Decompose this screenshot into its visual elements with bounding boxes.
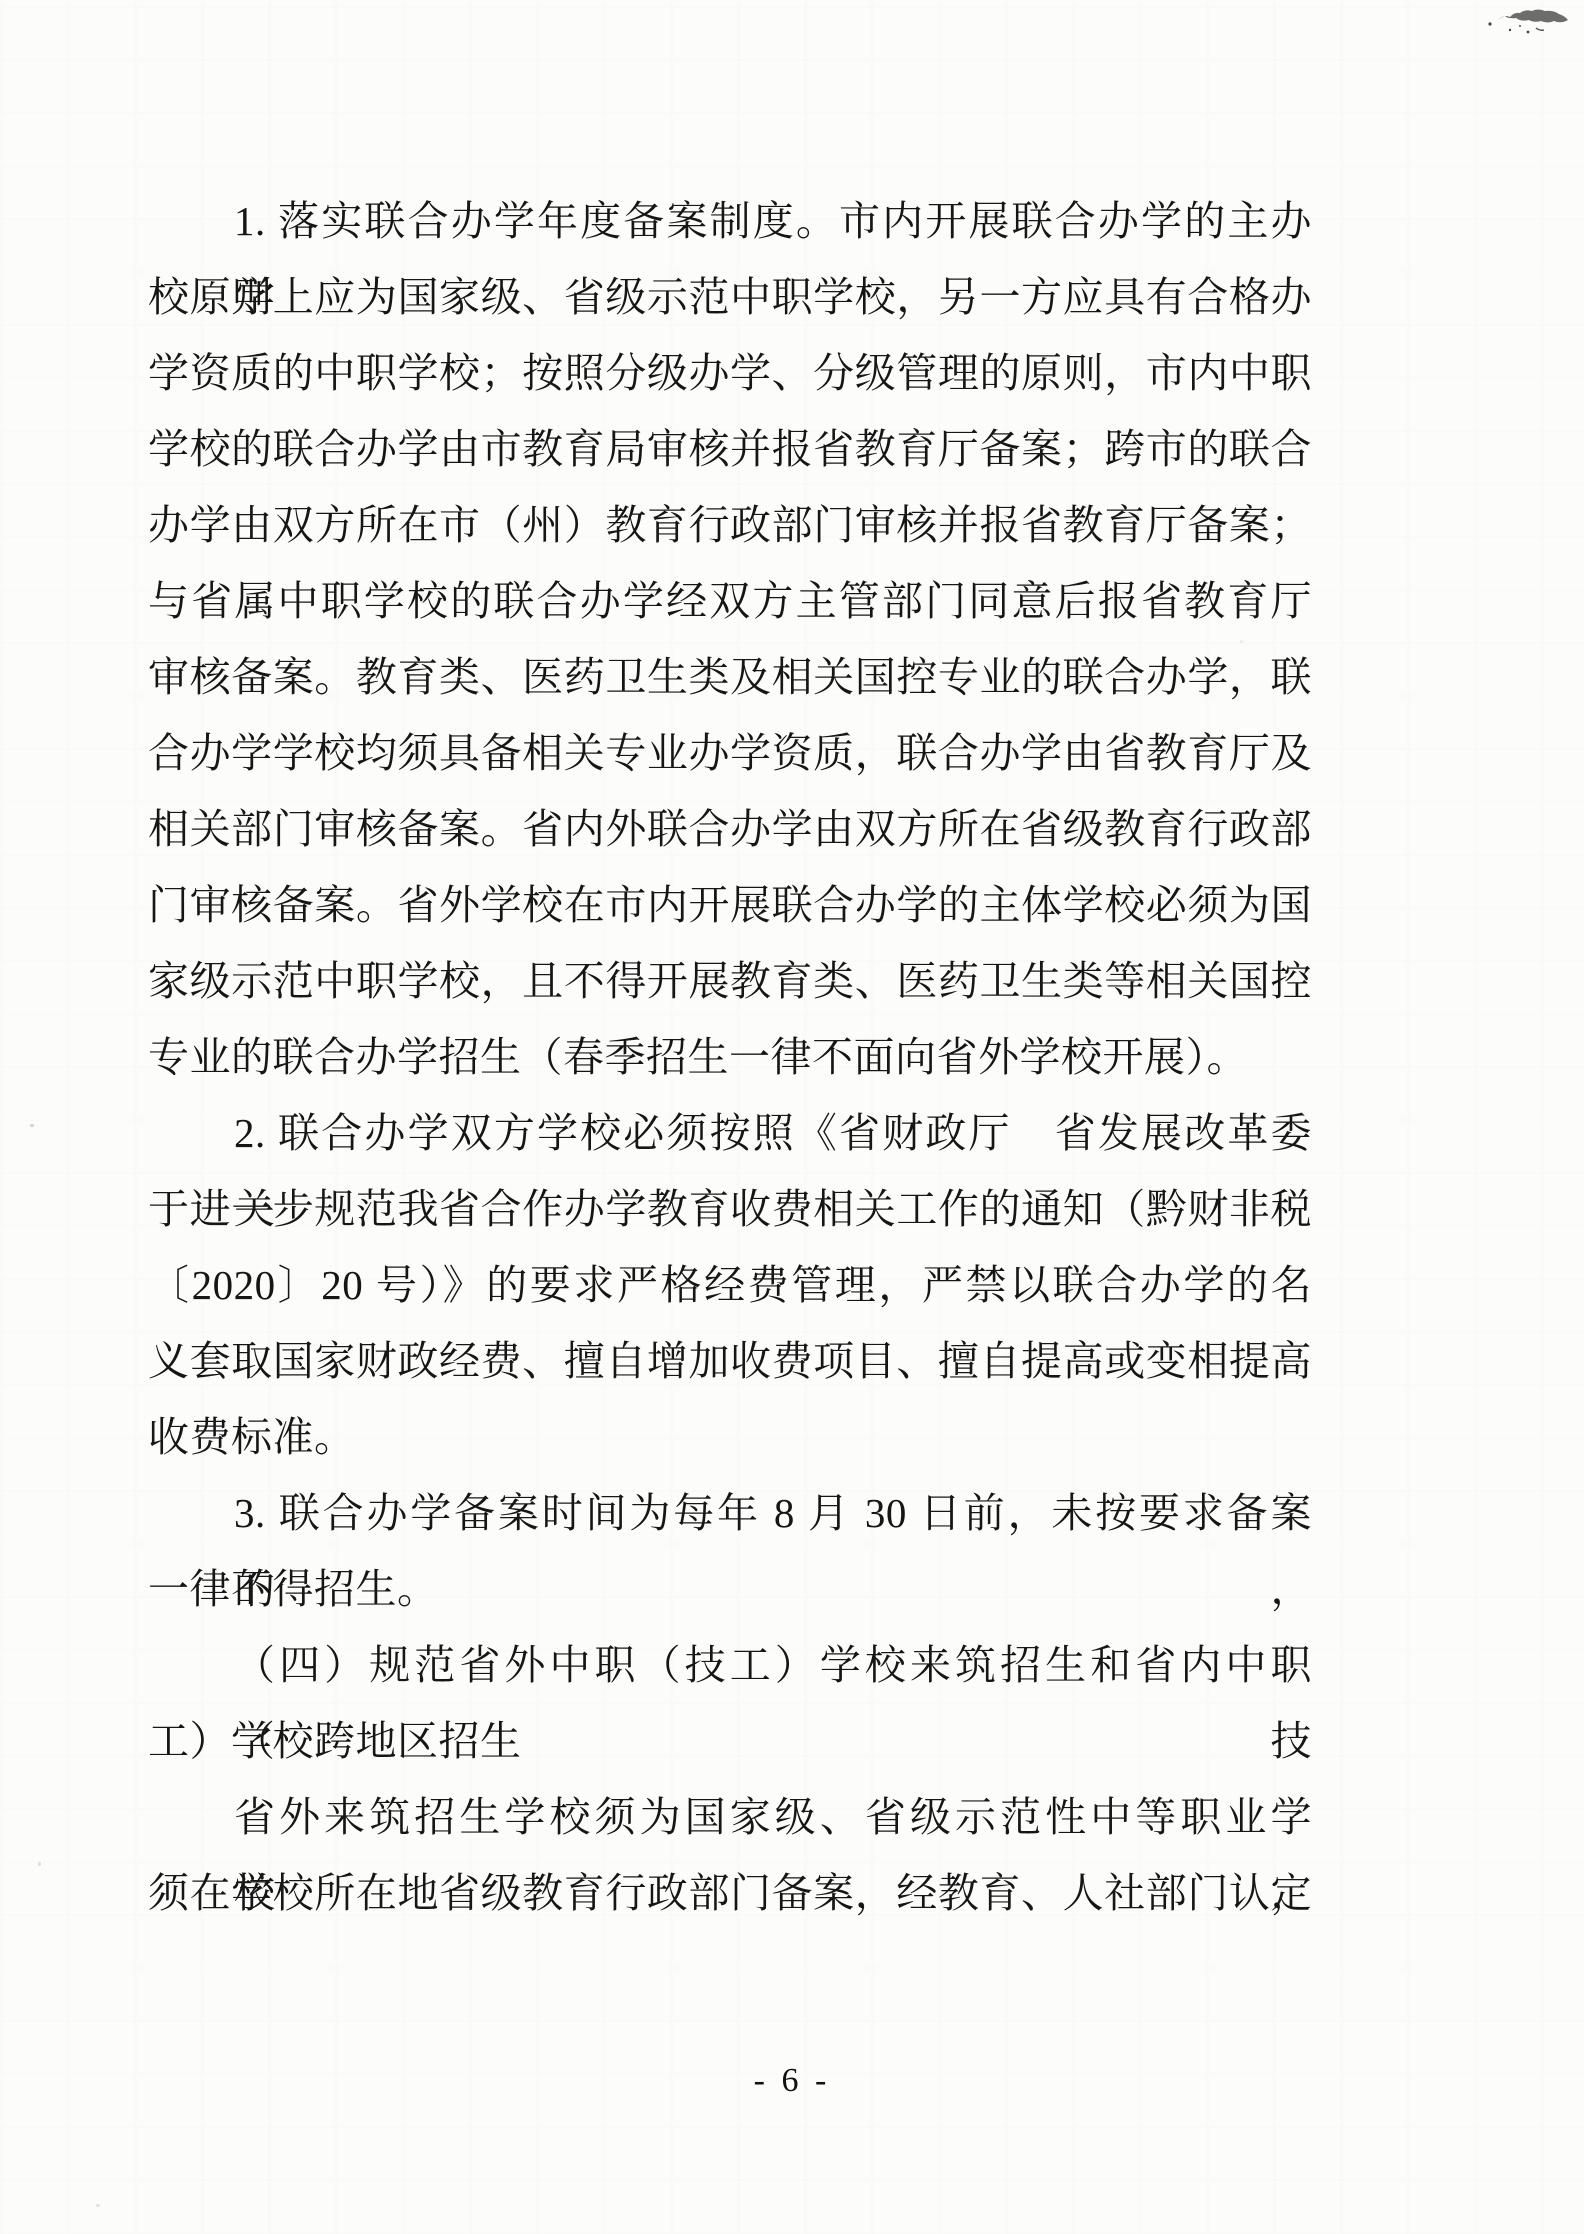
text-line: 〔2020〕20 号）》的要求严格经费管理，严禁以联合办学的名 xyxy=(148,1247,1312,1323)
text-line: 合办学学校均须具备相关专业办学资质，联合办学由省教育厅及 xyxy=(148,715,1312,791)
text-line: 须在学校所在地省级教育行政部门备案，经教育、人社部门认定 xyxy=(148,1855,1312,1931)
text-line: 与省属中职学校的联合办学经双方主管部门同意后报省教育厅 xyxy=(148,563,1312,639)
text-line: 相关部门审核备案。省内外联合办学由双方所在省级教育行政部 xyxy=(148,791,1312,867)
text-line: 审核备案。教育类、医药卫生类及相关国控专业的联合办学，联 xyxy=(148,639,1312,715)
text-line: 学校的联合办学由市教育局审核并报省教育厅备案；跨市的联合 xyxy=(148,411,1312,487)
scan-speck xyxy=(38,1862,41,1866)
text-line: （四）规范省外中职（技工）学校来筑招生和省内中职（技 xyxy=(148,1627,1312,1703)
document-body: 1. 落实联合办学年度备案制度。市内开展联合办学的主办学 校原则上应为国家级、省… xyxy=(148,183,1312,1931)
text-line: 于进一步规范我省合作办学教育收费相关工作的通知（黔财非税 xyxy=(148,1171,1312,1247)
scan-speck xyxy=(96,2204,100,2207)
scan-smudge-artifact xyxy=(1476,2,1576,44)
text-line: 省外来筑招生学校须为国家级、省级示范性中等职业学校， xyxy=(148,1779,1312,1855)
text-line: 义套取国家财政经费、擅自增加收费项目、擅自提高或变相提高 xyxy=(148,1323,1312,1399)
text-line: 门审核备案。省外学校在市内开展联合办学的主体学校必须为国 xyxy=(148,867,1312,943)
text-line: 学资质的中职学校；按照分级办学、分级管理的原则，市内中职 xyxy=(148,335,1312,411)
text-line: 1. 落实联合办学年度备案制度。市内开展联合办学的主办学 xyxy=(148,183,1312,259)
scan-speck xyxy=(30,1124,34,1127)
page-number: - 6 - xyxy=(0,2058,1584,2104)
text-line: 家级示范中职学校，且不得开展教育类、医药卫生类等相关国控 xyxy=(148,943,1312,1019)
text-line: 办学由双方所在市（州）教育行政部门审核并报省教育厅备案； xyxy=(148,487,1312,563)
text-line: 收费标准。 xyxy=(148,1399,1312,1475)
scanned-document-page: 1. 落实联合办学年度备案制度。市内开展联合办学的主办学 校原则上应为国家级、省… xyxy=(0,0,1584,2234)
text-line: 3. 联合办学备案时间为每年 8 月 30 日前，未按要求备案的， xyxy=(148,1475,1312,1551)
text-line: 2. 联合办学双方学校必须按照《省财政厅 省发展改革委关 xyxy=(148,1095,1312,1171)
text-line: 校原则上应为国家级、省级示范中职学校，另一方应具有合格办 xyxy=(148,259,1312,335)
text-line: 专业的联合办学招生（春季招生一律不面向省外学校开展）。 xyxy=(148,1019,1312,1095)
